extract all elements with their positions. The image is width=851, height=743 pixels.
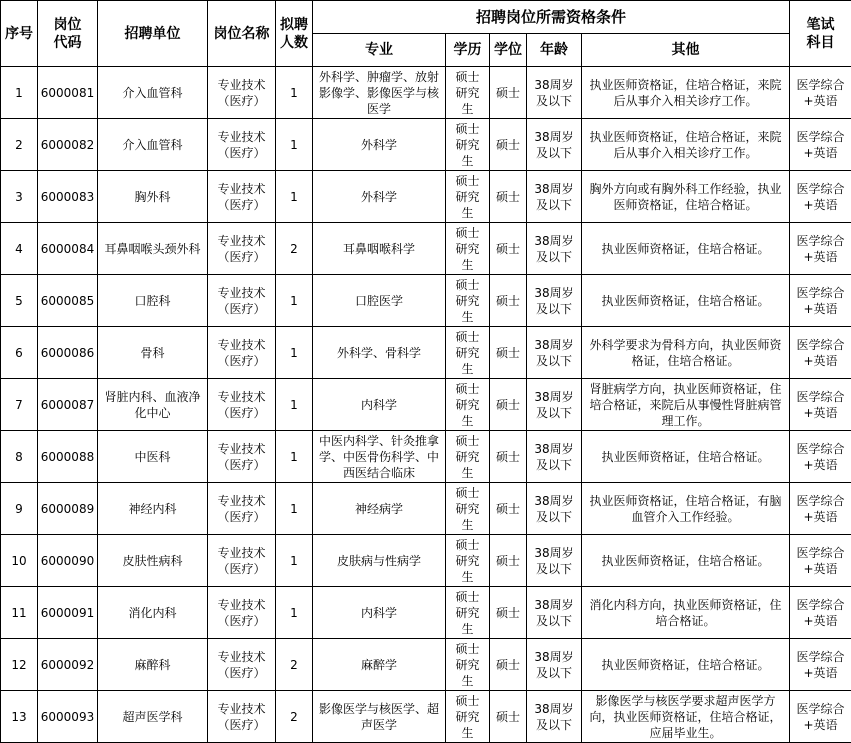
cell-count: 1 (276, 587, 313, 639)
header-age: 年龄 (527, 34, 582, 67)
cell-age: 38周岁 及以下 (527, 171, 582, 223)
cell-major: 外科学 (313, 119, 446, 171)
table-row: 56000085口腔科专业技术 （医疗）1口腔医学硕士研究生硕士38周岁 及以下… (1, 275, 851, 327)
cell-age: 38周岁 及以下 (527, 535, 582, 587)
table-row: 86000088中医科专业技术 （医疗）1中医内科学、针灸推拿学、中医骨伤科学、… (1, 431, 851, 483)
cell-code: 6000084 (38, 223, 98, 275)
cell-degree: 硕士 (490, 483, 527, 535)
cell-unit: 中医科 (98, 431, 208, 483)
cell-education: 硕士研究生 (446, 275, 490, 327)
cell-other: 胸外方向或有胸外科工作经验，执业医师资格证，住培合格证。 (582, 171, 790, 223)
cell-position: 专业技术 （医疗） (208, 431, 276, 483)
table-row: 106000090皮肤性病科专业技术 （医疗）1皮肤病与性病学硕士研究生硕士38… (1, 535, 851, 587)
cell-code: 6000089 (38, 483, 98, 535)
cell-unit: 麻醉科 (98, 639, 208, 691)
cell-count: 1 (276, 483, 313, 535)
table-body: 16000081介入血管科专业技术 （医疗）1外科学、肿瘤学、放射影像学、影像医… (1, 67, 851, 743)
cell-seq: 8 (1, 431, 38, 483)
cell-code: 6000090 (38, 535, 98, 587)
cell-position: 专业技术 （医疗） (208, 639, 276, 691)
cell-code: 6000091 (38, 587, 98, 639)
cell-education: 硕士研究生 (446, 67, 490, 119)
cell-education: 硕士研究生 (446, 535, 490, 587)
cell-exam: 医学综合 +英语 (790, 171, 851, 223)
cell-count: 1 (276, 67, 313, 119)
cell-other: 执业医师资格证，住培合格证。 (582, 223, 790, 275)
cell-other: 外科学要求为骨科方向，执业医师资格证，住培合格证。 (582, 327, 790, 379)
cell-major: 内科学 (313, 587, 446, 639)
cell-count: 2 (276, 639, 313, 691)
cell-education: 硕士研究生 (446, 691, 490, 743)
cell-code: 6000085 (38, 275, 98, 327)
cell-age: 38周岁 及以下 (527, 275, 582, 327)
header-other: 其他 (582, 34, 790, 67)
cell-education: 硕士研究生 (446, 587, 490, 639)
cell-code: 6000082 (38, 119, 98, 171)
cell-count: 2 (276, 223, 313, 275)
cell-seq: 3 (1, 171, 38, 223)
cell-exam: 医学综合 +英语 (790, 431, 851, 483)
cell-code: 6000088 (38, 431, 98, 483)
cell-education: 硕士研究生 (446, 223, 490, 275)
cell-age: 38周岁 及以下 (527, 327, 582, 379)
recruitment-table: 序号 岗位 代码 招聘单位 岗位名称 拟聘 人数 招聘岗位所需资格条件 笔试 科… (0, 0, 851, 743)
cell-code: 6000092 (38, 639, 98, 691)
cell-seq: 13 (1, 691, 38, 743)
cell-age: 38周岁 及以下 (527, 67, 582, 119)
cell-seq: 5 (1, 275, 38, 327)
cell-seq: 9 (1, 483, 38, 535)
cell-unit: 介入血管科 (98, 67, 208, 119)
cell-age: 38周岁 及以下 (527, 691, 582, 743)
cell-other: 执业医师资格证，住培合格证，来院后从事介入相关诊疗工作。 (582, 119, 790, 171)
cell-other: 执业医师资格证，住培合格证。 (582, 535, 790, 587)
cell-degree: 硕士 (490, 67, 527, 119)
cell-count: 1 (276, 535, 313, 587)
cell-position: 专业技术 （医疗） (208, 223, 276, 275)
cell-other: 影像医学与核医学要求超声医学方向，执业医师资格证，住培合格证，应届毕业生。 (582, 691, 790, 743)
cell-exam: 医学综合 +英语 (790, 691, 851, 743)
table-row: 116000091消化内科专业技术 （医疗）1内科学硕士研究生硕士38周岁 及以… (1, 587, 851, 639)
cell-position: 专业技术 （医疗） (208, 275, 276, 327)
cell-other: 执业医师资格证，住培合格证。 (582, 431, 790, 483)
cell-exam: 医学综合 +英语 (790, 67, 851, 119)
cell-degree: 硕士 (490, 431, 527, 483)
cell-seq: 12 (1, 639, 38, 691)
header-count: 拟聘 人数 (276, 1, 313, 67)
cell-position: 专业技术 （医疗） (208, 67, 276, 119)
cell-age: 38周岁 及以下 (527, 431, 582, 483)
table-row: 36000083胸外科专业技术 （医疗）1外科学硕士研究生硕士38周岁 及以下胸… (1, 171, 851, 223)
cell-position: 专业技术 （医疗） (208, 171, 276, 223)
table-row: 66000086骨科专业技术 （医疗）1外科学、骨科学硕士研究生硕士38周岁 及… (1, 327, 851, 379)
cell-position: 专业技术 （医疗） (208, 691, 276, 743)
cell-count: 1 (276, 171, 313, 223)
header-code: 岗位 代码 (38, 1, 98, 67)
cell-other: 消化内科方向，执业医师资格证，住培合格证。 (582, 587, 790, 639)
cell-major: 外科学、骨科学 (313, 327, 446, 379)
cell-other: 执业医师资格证，住培合格证，来院后从事介入相关诊疗工作。 (582, 67, 790, 119)
cell-degree: 硕士 (490, 691, 527, 743)
cell-unit: 骨科 (98, 327, 208, 379)
table-header: 序号 岗位 代码 招聘单位 岗位名称 拟聘 人数 招聘岗位所需资格条件 笔试 科… (1, 1, 851, 67)
cell-education: 硕士研究生 (446, 171, 490, 223)
cell-degree: 硕士 (490, 327, 527, 379)
cell-count: 1 (276, 119, 313, 171)
cell-age: 38周岁 及以下 (527, 483, 582, 535)
table-row: 26000082介入血管科专业技术 （医疗）1外科学硕士研究生硕士38周岁 及以… (1, 119, 851, 171)
cell-count: 2 (276, 691, 313, 743)
cell-count: 1 (276, 431, 313, 483)
cell-exam: 医学综合 +英语 (790, 639, 851, 691)
cell-code: 6000081 (38, 67, 98, 119)
cell-age: 38周岁 及以下 (527, 119, 582, 171)
cell-unit: 耳鼻咽喉头颈外科 (98, 223, 208, 275)
cell-major: 外科学 (313, 171, 446, 223)
header-seq: 序号 (1, 1, 38, 67)
cell-seq: 10 (1, 535, 38, 587)
cell-other: 执业医师资格证，住培合格证。 (582, 639, 790, 691)
cell-age: 38周岁 及以下 (527, 587, 582, 639)
cell-seq: 2 (1, 119, 38, 171)
cell-exam: 医学综合 +英语 (790, 275, 851, 327)
cell-age: 38周岁 及以下 (527, 223, 582, 275)
cell-code: 6000087 (38, 379, 98, 431)
cell-code: 6000086 (38, 327, 98, 379)
cell-position: 专业技术 （医疗） (208, 379, 276, 431)
cell-exam: 医学综合 +英语 (790, 535, 851, 587)
cell-age: 38周岁 及以下 (527, 379, 582, 431)
cell-seq: 1 (1, 67, 38, 119)
cell-major: 麻醉学 (313, 639, 446, 691)
cell-seq: 11 (1, 587, 38, 639)
cell-position: 专业技术 （医疗） (208, 535, 276, 587)
cell-code: 6000083 (38, 171, 98, 223)
table-row: 16000081介入血管科专业技术 （医疗）1外科学、肿瘤学、放射影像学、影像医… (1, 67, 851, 119)
cell-unit: 消化内科 (98, 587, 208, 639)
cell-degree: 硕士 (490, 223, 527, 275)
cell-seq: 7 (1, 379, 38, 431)
cell-education: 硕士研究生 (446, 327, 490, 379)
cell-count: 1 (276, 327, 313, 379)
cell-exam: 医学综合 +英语 (790, 223, 851, 275)
cell-major: 中医内科学、针灸推拿学、中医骨伤科学、中西医结合临床 (313, 431, 446, 483)
header-education: 学历 (446, 34, 490, 67)
header-qualifications-group: 招聘岗位所需资格条件 (313, 1, 790, 34)
cell-exam: 医学综合 +英语 (790, 327, 851, 379)
cell-exam: 医学综合 +英语 (790, 483, 851, 535)
cell-education: 硕士研究生 (446, 119, 490, 171)
cell-code: 6000093 (38, 691, 98, 743)
cell-major: 神经病学 (313, 483, 446, 535)
cell-degree: 硕士 (490, 639, 527, 691)
cell-seq: 6 (1, 327, 38, 379)
cell-degree: 硕士 (490, 379, 527, 431)
cell-degree: 硕士 (490, 535, 527, 587)
cell-major: 影像医学与核医学、超声医学 (313, 691, 446, 743)
cell-seq: 4 (1, 223, 38, 275)
cell-other: 肾脏病学方向，执业医师资格证，住培合格证，来院后从事慢性肾脏病管理工作。 (582, 379, 790, 431)
cell-exam: 医学综合 +英语 (790, 119, 851, 171)
table-row: 46000084耳鼻咽喉头颈外科专业技术 （医疗）2耳鼻咽喉科学硕士研究生硕士3… (1, 223, 851, 275)
cell-unit: 介入血管科 (98, 119, 208, 171)
cell-major: 耳鼻咽喉科学 (313, 223, 446, 275)
cell-unit: 神经内科 (98, 483, 208, 535)
header-position: 岗位名称 (208, 1, 276, 67)
header-unit: 招聘单位 (98, 1, 208, 67)
header-degree: 学位 (490, 34, 527, 67)
cell-education: 硕士研究生 (446, 483, 490, 535)
cell-education: 硕士研究生 (446, 639, 490, 691)
cell-count: 1 (276, 275, 313, 327)
cell-unit: 口腔科 (98, 275, 208, 327)
cell-other: 执业医师资格证，住培合格证，有脑血管介入工作经验。 (582, 483, 790, 535)
cell-position: 专业技术 （医疗） (208, 327, 276, 379)
header-exam: 笔试 科目 (790, 1, 851, 67)
cell-major: 皮肤病与性病学 (313, 535, 446, 587)
cell-unit: 肾脏内科、血液净化中心 (98, 379, 208, 431)
cell-degree: 硕士 (490, 587, 527, 639)
cell-degree: 硕士 (490, 171, 527, 223)
cell-unit: 皮肤性病科 (98, 535, 208, 587)
table-row: 126000092麻醉科专业技术 （医疗）2麻醉学硕士研究生硕士38周岁 及以下… (1, 639, 851, 691)
cell-education: 硕士研究生 (446, 431, 490, 483)
cell-exam: 医学综合 +英语 (790, 587, 851, 639)
cell-degree: 硕士 (490, 275, 527, 327)
cell-education: 硕士研究生 (446, 379, 490, 431)
cell-unit: 超声医学科 (98, 691, 208, 743)
cell-exam: 医学综合 +英语 (790, 379, 851, 431)
table-row: 136000093超声医学科专业技术 （医疗）2影像医学与核医学、超声医学硕士研… (1, 691, 851, 743)
cell-age: 38周岁 及以下 (527, 639, 582, 691)
cell-degree: 硕士 (490, 119, 527, 171)
table-row: 76000087肾脏内科、血液净化中心专业技术 （医疗）1内科学硕士研究生硕士3… (1, 379, 851, 431)
cell-position: 专业技术 （医疗） (208, 119, 276, 171)
cell-other: 执业医师资格证，住培合格证。 (582, 275, 790, 327)
header-major: 专业 (313, 34, 446, 67)
cell-count: 1 (276, 379, 313, 431)
cell-position: 专业技术 （医疗） (208, 587, 276, 639)
cell-major: 外科学、肿瘤学、放射影像学、影像医学与核医学 (313, 67, 446, 119)
table-row: 96000089神经内科专业技术 （医疗）1神经病学硕士研究生硕士38周岁 及以… (1, 483, 851, 535)
cell-position: 专业技术 （医疗） (208, 483, 276, 535)
cell-major: 内科学 (313, 379, 446, 431)
cell-unit: 胸外科 (98, 171, 208, 223)
cell-major: 口腔医学 (313, 275, 446, 327)
